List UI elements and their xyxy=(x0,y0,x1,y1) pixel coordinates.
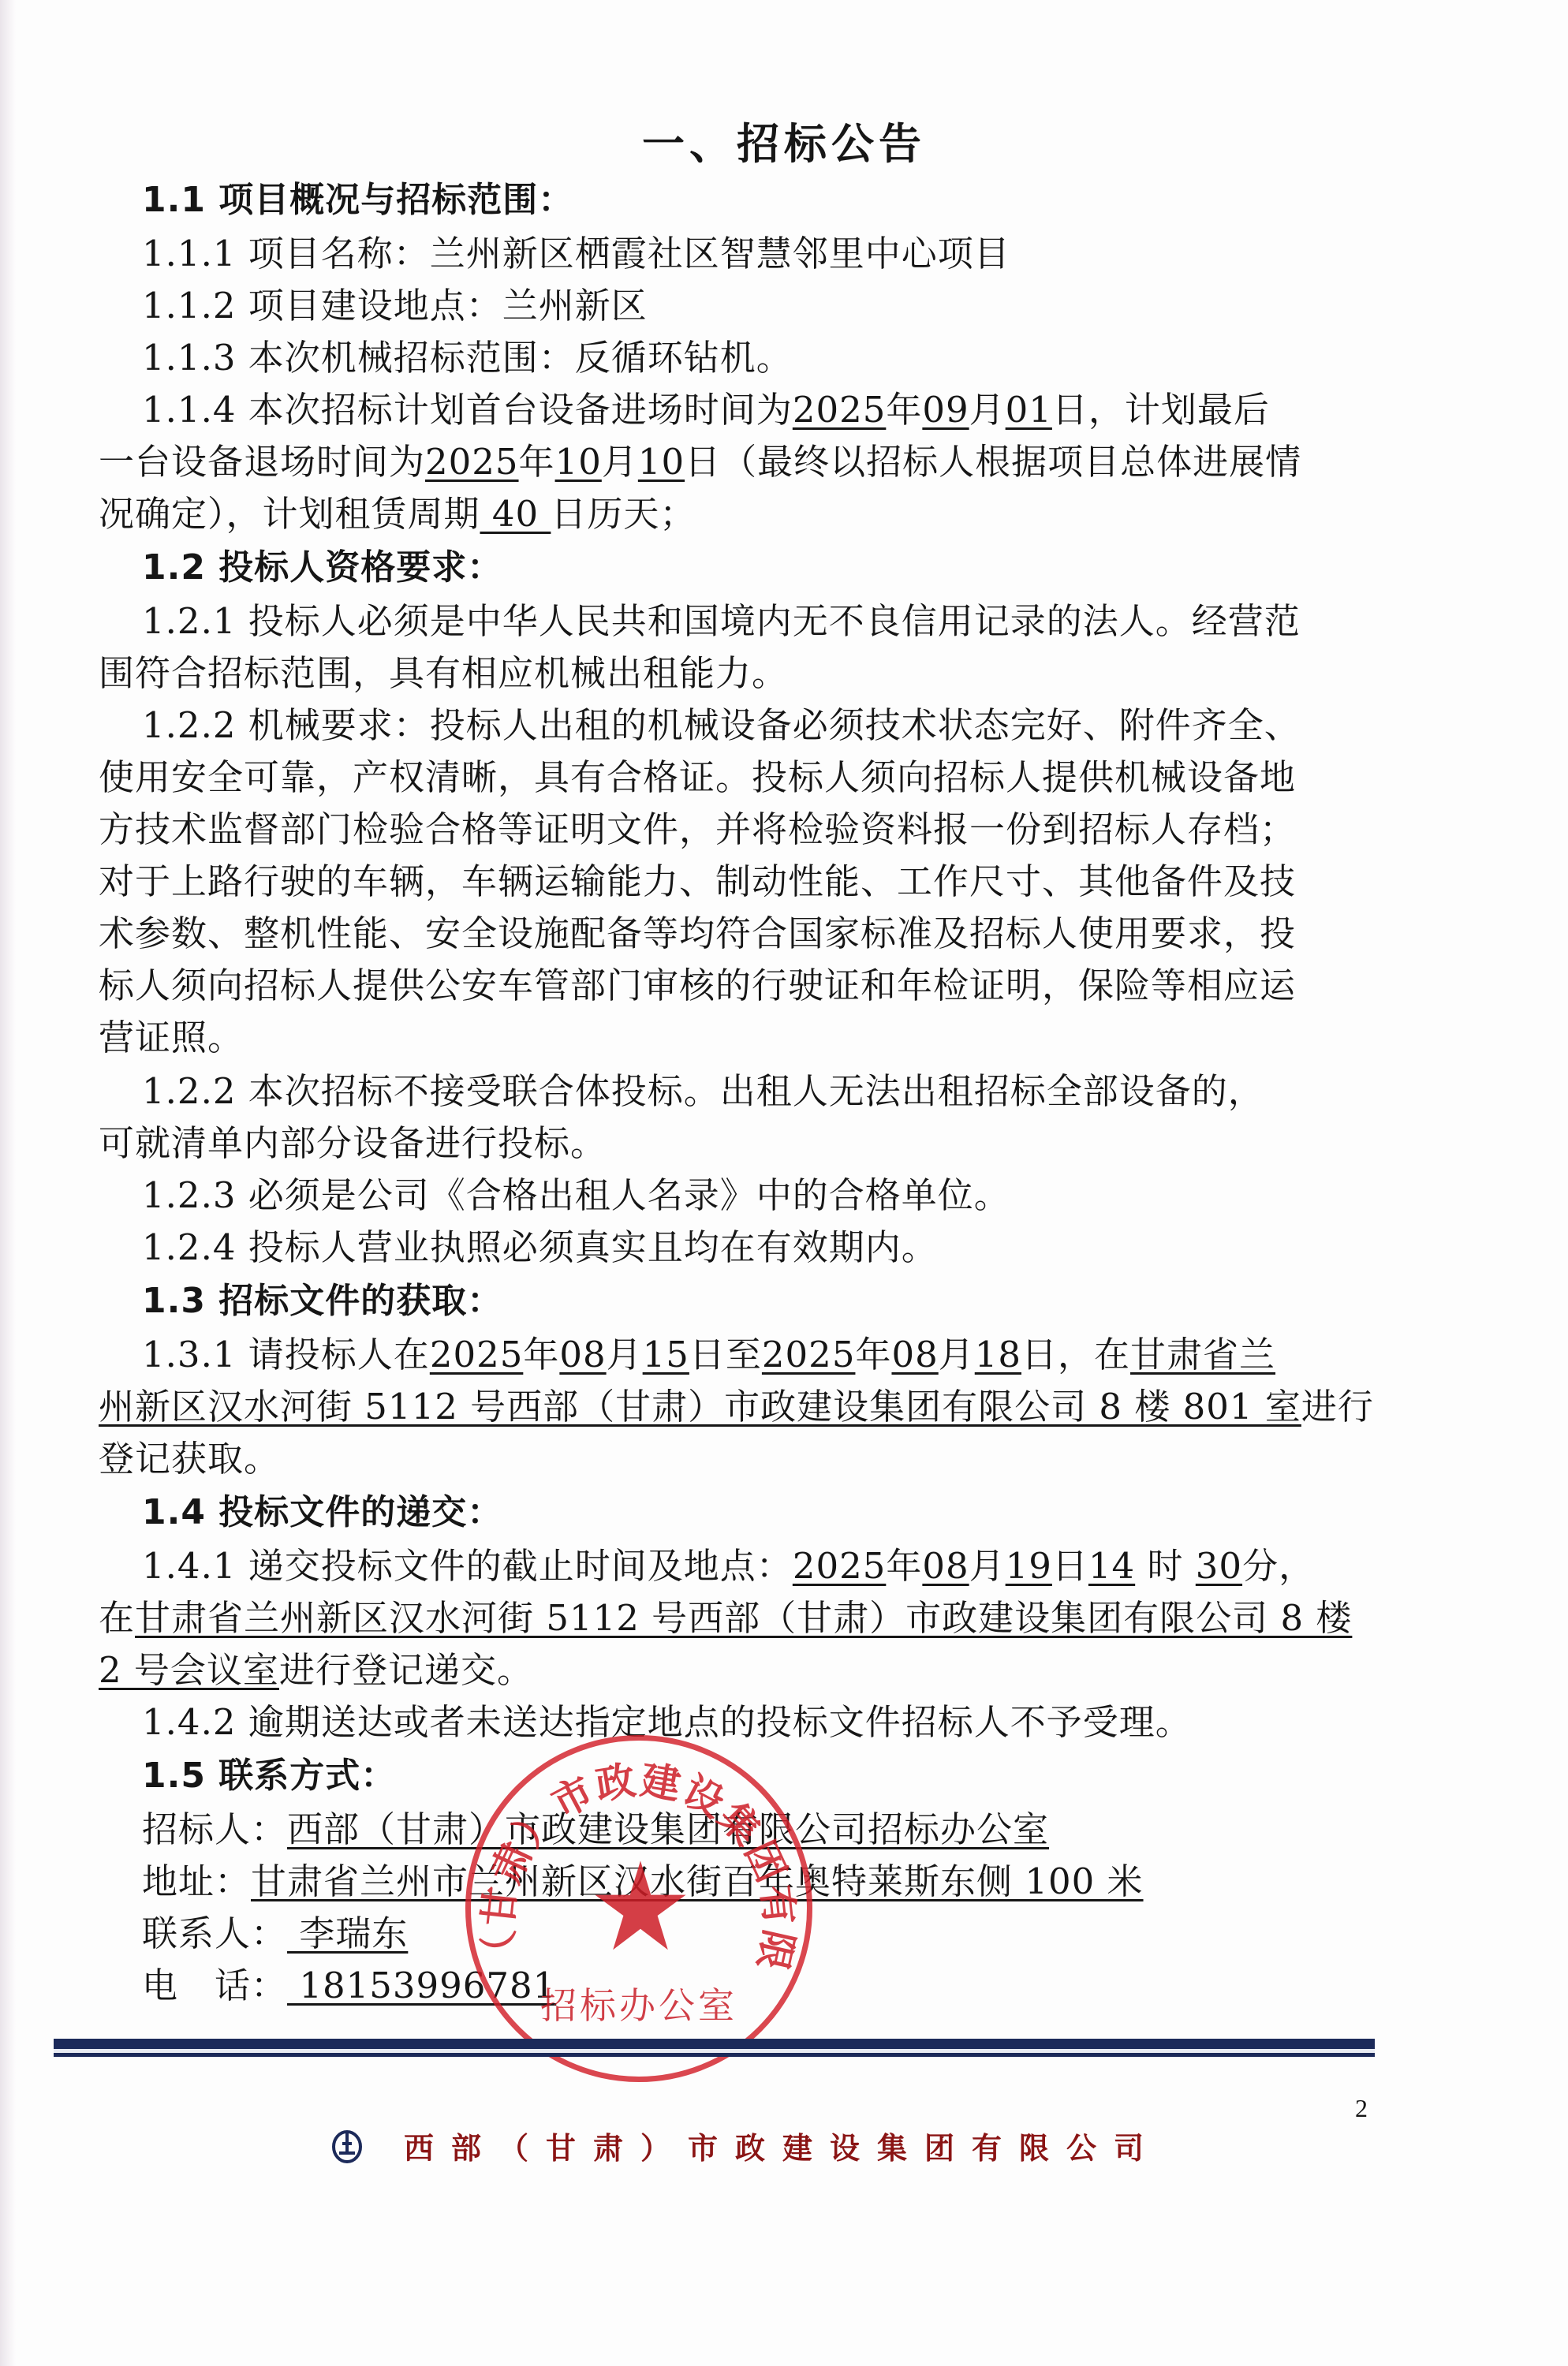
item-1-4-1-line3: 2 号会议室进行登记递交。 xyxy=(99,1645,1376,1696)
text: 进行登记递交。 xyxy=(279,1649,533,1691)
item-1-3-1-line3: 登记获取。 xyxy=(99,1434,1376,1484)
text: 月 xyxy=(969,1545,1006,1587)
item-1-2-1-line2: 围符合招标范围，具有相应机械出租能力。 xyxy=(99,648,1376,699)
text: 日（最终以招标人根据项目总体进展情 xyxy=(685,441,1301,483)
item-1-1-2: 1.1.2 项目建设地点：兰州新区 xyxy=(142,281,1420,331)
from-day: 15 xyxy=(643,1334,689,1375)
footer-divider xyxy=(54,2039,1375,2059)
start-year: 2025 xyxy=(793,389,887,431)
tenderer-value: 西部（甘肃）市政建设集团有限公司招标办公室 xyxy=(287,1808,1049,1850)
item-1-2-1-line1: 1.2.1 投标人必须是中华人民共和国境内无不良信用记录的法人。经营范 xyxy=(142,596,1420,647)
footer-letterhead: 西部（甘肃）市政建设集团有限公司 xyxy=(331,2122,1161,2169)
item-1-2-4: 1.2.4 投标人营业执照必须真实且均在有效期内。 xyxy=(142,1222,1420,1273)
section-heading-1-5: 1.5 联系方式： xyxy=(142,1751,1420,1801)
text: 1.1.4 本次招标计划首台设备进场时间为 xyxy=(142,389,793,431)
to-day: 18 xyxy=(975,1334,1021,1375)
text: 在 xyxy=(99,1597,135,1639)
text: 日至 xyxy=(689,1334,762,1375)
document-page: 一、招标公告 1.1 项目概况与招标范围： 1.1.1 项目名称：兰州新区栖霞社… xyxy=(0,0,1568,2366)
deadline-hour: 14 xyxy=(1088,1545,1135,1587)
start-month: 09 xyxy=(922,389,969,431)
deadline-year: 2025 xyxy=(793,1545,887,1587)
text: 月 xyxy=(607,1334,643,1375)
item-1-2-2-line5: 术参数、整机性能、安全设施配备等均符合国家标准及招标人使用要求，投 xyxy=(99,909,1376,959)
text: 年 xyxy=(886,389,922,431)
item-1-2-2-line3: 方技术监督部门检验合格等证明文件，并将检验资料报一份到招标人存档； xyxy=(99,804,1376,855)
item-1-4-1-line2: 在甘肃省兰州新区汉水河街 5112 号西部（甘肃）市政建设集团有限公司 8 楼 xyxy=(99,1593,1376,1644)
item-1-2-2-line1: 1.2.2 机械要求：投标人出租的机械设备必须技术状态完好、附件齐全、 xyxy=(142,700,1420,751)
contact-tenderer: 招标人：西部（甘肃）市政建设集团有限公司招标办公室 xyxy=(142,1804,1420,1855)
text: 日 xyxy=(1052,1545,1088,1587)
text: 分， xyxy=(1242,1545,1315,1587)
end-month: 10 xyxy=(555,441,602,483)
item-1-1-4-line3: 况确定），计划租赁周期 40 日历天； xyxy=(99,489,1376,539)
item-1-3-1-line1: 1.3.1 请投标人在2025年08月15日至2025年08月18日，在甘肃省兰 xyxy=(142,1330,1420,1380)
pickup-address: 甘肃省兰 xyxy=(1130,1334,1275,1375)
deadline-month: 08 xyxy=(922,1545,969,1587)
text: 年 xyxy=(886,1545,922,1587)
address-label: 地址： xyxy=(142,1860,251,1902)
text: 进行 xyxy=(1301,1386,1374,1427)
item-1-4-1-line1: 1.4.1 递交投标文件的截止时间及地点：2025年08月19日14 时 30分… xyxy=(142,1541,1420,1592)
contact-value: 李瑞东 xyxy=(287,1913,408,1954)
text: 一台设备退场时间为 xyxy=(99,441,425,483)
text: 时 xyxy=(1135,1545,1196,1587)
submission-room: 2 号会议室 xyxy=(99,1649,279,1691)
from-month: 08 xyxy=(559,1334,606,1375)
item-1-2-2b-line2: 可就清单内部分设备进行投标。 xyxy=(99,1118,1376,1169)
item-1-1-3: 1.1.3 本次机械招标范围：反循环钻机。 xyxy=(142,333,1420,383)
text: 年 xyxy=(519,441,555,483)
page-title: 一、招标公告 xyxy=(0,110,1568,171)
to-year: 2025 xyxy=(762,1334,856,1375)
pickup-address: 州新区汉水河街 5112 号西部（甘肃）市政建设集团有限公司 8 楼 801 室 xyxy=(99,1386,1301,1427)
footer-company-name: 西部（甘肃）市政建设集团有限公司 xyxy=(404,2124,1161,2167)
item-1-2-3: 1.2.3 必须是公司《合格出租人名录》中的合格单位。 xyxy=(142,1170,1420,1221)
submission-address: 甘肃省兰州新区汉水河街 5112 号西部（甘肃）市政建设集团有限公司 8 楼 xyxy=(135,1597,1352,1639)
item-1-2-2-line6: 标人须向招标人提供公安车管部门审核的行驶证和年检证明，保险等相应运 xyxy=(99,961,1376,1011)
contact-label: 联系人： xyxy=(142,1913,287,1954)
text: 况确定），计划租赁周期 xyxy=(99,493,480,535)
text: 1.3.1 请投标人在 xyxy=(142,1334,430,1375)
tenderer-label: 招标人： xyxy=(142,1808,287,1850)
section-heading-1-1: 1.1 项目概况与招标范围： xyxy=(142,175,1420,226)
text: 日，计划最后 xyxy=(1052,389,1270,431)
item-1-2-2b-line1: 1.2.2 本次招标不接受联合体投标。出租人无法出租招标全部设备的， xyxy=(142,1066,1420,1117)
text: 月 xyxy=(602,441,638,483)
phone-value: 18153996781 xyxy=(287,1965,556,2006)
to-month: 08 xyxy=(891,1334,938,1375)
text: 月 xyxy=(969,389,1006,431)
phone-label: 电 话： xyxy=(142,1965,287,2006)
deadline-minute: 30 xyxy=(1196,1545,1242,1587)
item-1-2-2-line7: 营证照。 xyxy=(99,1013,1376,1063)
page-number: 2 xyxy=(1355,2094,1368,2123)
text: 年 xyxy=(523,1334,559,1375)
item-1-2-2-line4: 对于上路行驶的车辆，车辆运输能力、制动性能、工作尺寸、其他备件及技 xyxy=(99,856,1376,907)
section-heading-1-4: 1.4 投标文件的递交： xyxy=(142,1487,1420,1538)
start-day: 01 xyxy=(1006,389,1052,431)
item-1-4-2: 1.4.2 逾期送达或者未送达指定地点的投标文件招标人不予受理。 xyxy=(142,1697,1420,1748)
from-year: 2025 xyxy=(430,1334,524,1375)
section-heading-1-2: 1.2 投标人资格要求： xyxy=(142,543,1420,593)
contact-phone: 电 话： 18153996781 xyxy=(142,1961,1420,2011)
item-1-1-4-line2: 一台设备退场时间为2025年10月10日（最终以招标人根据项目总体进展情 xyxy=(99,437,1376,487)
text: 1.4.1 递交投标文件的截止时间及地点： xyxy=(142,1545,793,1587)
contact-person: 联系人： 李瑞东 xyxy=(142,1909,1420,1959)
company-logo-icon xyxy=(331,2126,363,2164)
section-heading-1-3: 1.3 招标文件的获取： xyxy=(142,1276,1420,1327)
item-1-1-1: 1.1.1 项目名称：兰州新区栖霞社区智慧邻里中心项目 xyxy=(142,229,1420,279)
lease-period: 40 xyxy=(480,493,551,535)
address-value: 甘肃省兰州市兰州新区汉水街百年奥特莱斯东侧 100 米 xyxy=(251,1860,1144,1902)
contact-address: 地址：甘肃省兰州市兰州新区汉水街百年奥特莱斯东侧 100 米 xyxy=(142,1857,1420,1907)
end-year: 2025 xyxy=(425,441,519,483)
item-1-1-4-line1: 1.1.4 本次招标计划首台设备进场时间为2025年09月01日，计划最后 xyxy=(142,385,1420,435)
text: 日历天； xyxy=(551,493,696,535)
text: 年 xyxy=(855,1334,891,1375)
item-1-3-1-line2: 州新区汉水河街 5112 号西部（甘肃）市政建设集团有限公司 8 楼 801 室… xyxy=(99,1382,1376,1432)
end-day: 10 xyxy=(638,441,685,483)
item-1-2-2-line2: 使用安全可靠，产权清晰，具有合格证。投标人须向招标人提供机械设备地 xyxy=(99,752,1376,803)
text: 月 xyxy=(939,1334,975,1375)
deadline-day: 19 xyxy=(1006,1545,1052,1587)
text: 日，在 xyxy=(1021,1334,1130,1375)
